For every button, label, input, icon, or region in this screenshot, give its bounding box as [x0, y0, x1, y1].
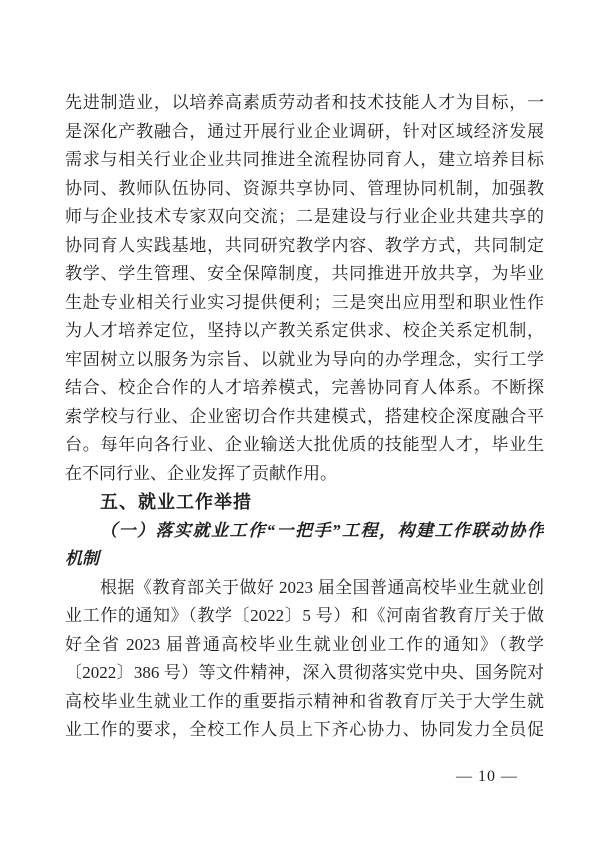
body-paragraph-line: 好全省 2023 届普通高校毕业生就业创业工作的通知》（教学: [65, 631, 544, 660]
body-paragraph-line: 业工作的通知》（教学〔2022〕5 号）和《河南省教育厅关于做: [65, 602, 544, 631]
page-number: — 10 —: [456, 763, 518, 791]
continuation-paragraph-line: 教学、学生管理、安全保障制度，共同推进开放共享，为毕业: [65, 260, 544, 289]
continuation-paragraph-line: 协同育人实践基地，共同研究教学内容、教学方式，共同制定: [65, 232, 544, 261]
continuation-paragraph-line: 台。每年向各行业、企业输送大批优质的技能型人才，毕业生: [65, 431, 544, 460]
document-body: 先进制造业，以培养高素质劳动者和技术技能人才为目标，一是深化产教融合，通过开展行…: [65, 89, 544, 745]
continuation-paragraph-line: 结合、校企合作的人才培养模式，完善协同育人体系。不断探: [65, 374, 544, 403]
continuation-paragraph-line: 师与企业技术专家双向交流；二是建设与行业企业共建共享的: [65, 203, 544, 232]
subsection-heading-line: 机制: [65, 545, 544, 574]
body-paragraph-line: 高校毕业生就业工作的重要指示精神和省教育厅关于大学生就: [65, 688, 544, 717]
section-heading-line: 五、就业工作举措: [65, 488, 544, 517]
continuation-paragraph-line: 索学校与行业、企业密切合作共建模式，搭建校企深度融合平: [65, 403, 544, 432]
continuation-paragraph-line: 在不同行业、企业发挥了贡献作用。: [65, 460, 544, 489]
body-paragraph-line: 根据《教育部关于做好 2023 届全国普通高校毕业生就业创: [65, 574, 544, 603]
continuation-paragraph-line: 需求与相关行业企业共同推进全流程协同育人，建立培养目标: [65, 146, 544, 175]
document-page: 先进制造业，以培养高素质劳动者和技术技能人才为目标，一是深化产教融合，通过开展行…: [0, 0, 600, 848]
subsection-heading-line: （一）落实就业工作“一把手”工程，构建工作联动协作: [65, 517, 544, 546]
body-paragraph-line: 业工作的要求，全校工作人员上下齐心协力、协同发力全员促: [65, 716, 544, 745]
continuation-paragraph-line: 生赴专业相关行业实习提供便利；三是突出应用型和职业性作: [65, 289, 544, 318]
continuation-paragraph-line: 为人才培养定位，坚持以产教关系定供求、校企关系定机制，: [65, 317, 544, 346]
continuation-paragraph-line: 是深化产教融合，通过开展行业企业调研，针对区域经济发展: [65, 118, 544, 147]
continuation-paragraph-line: 牢固树立以服务为宗旨、以就业为导向的办学理念，实行工学: [65, 346, 544, 375]
continuation-paragraph-line: 先进制造业，以培养高素质劳动者和技术技能人才为目标，一: [65, 89, 544, 118]
continuation-paragraph-line: 协同、教师队伍协同、资源共享协同、管理协同机制，加强教: [65, 175, 544, 204]
body-paragraph-line: 〔2022〕386 号）等文件精神，深入贯彻落实党中央、国务院对: [65, 659, 544, 688]
